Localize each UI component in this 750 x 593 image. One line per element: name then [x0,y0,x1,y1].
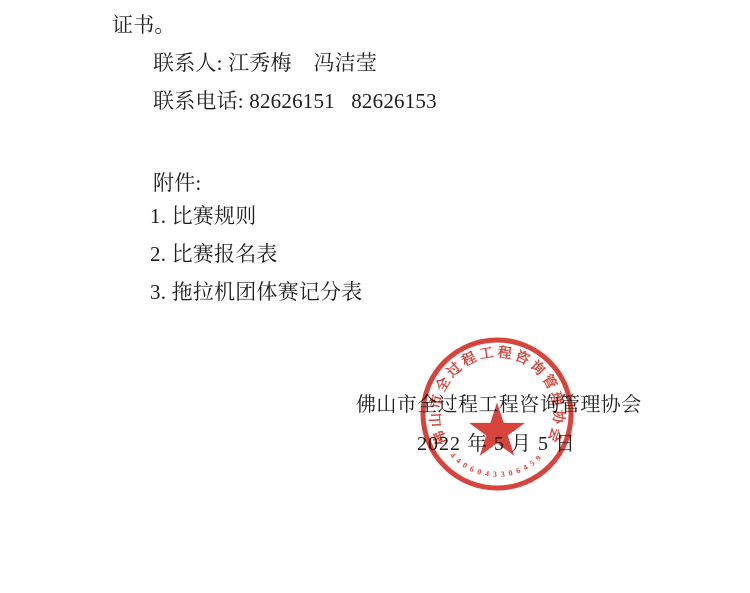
scanned-document-page: 证书。 联系人: 江秀梅 冯洁莹 联系电话: 82626151 82626153… [0,0,750,593]
attachments-heading: 附件: [153,170,201,196]
signature-date: 2022 年 5 月 5 日 [417,431,576,457]
closing-line: 证书。 [112,12,176,38]
attachment-item-3: 3. 拖拉机团体赛记分表 [150,279,362,305]
contact-person-line: 联系人: 江秀梅 冯洁莹 [153,50,377,76]
attachment-item-2: 2. 比赛报名表 [150,241,278,267]
signature-organization: 佛山市全过程工程咨询管理协会 [356,392,642,418]
contact-phone-line: 联系电话: 82626151 82626153 [153,88,437,114]
attachment-item-1: 1. 比赛规则 [150,203,256,229]
